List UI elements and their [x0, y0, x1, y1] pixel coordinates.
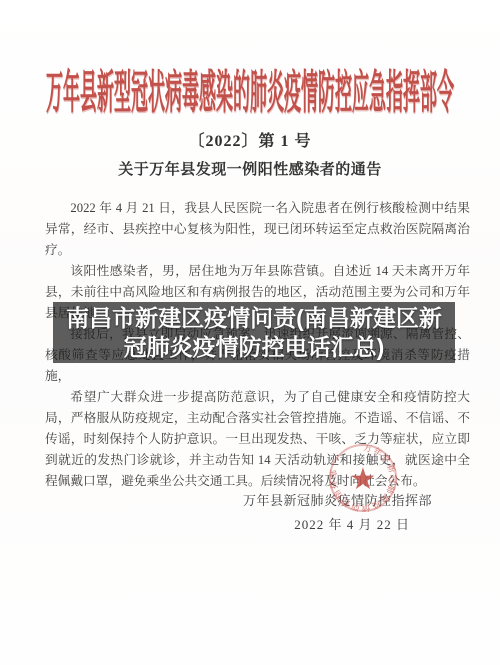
doc-header: 万年县新型冠状病毒感染的肺炎疫情防控应急指挥部令: [0, 54, 500, 79]
overlay-line-2: 冠肺炎疫情防控电话汇总): [124, 333, 385, 362]
notice-title: 关于万年县发现一例阳性感染者的通告: [0, 158, 500, 179]
seal-star-icon: ★: [350, 462, 377, 497]
official-seal-icon: 万年县新冠肺炎疫情防控指挥部 ★: [303, 418, 423, 538]
article-image: 万年县新型冠状病毒感染的肺炎疫情防控应急指挥部令 〔2022〕第 1 号 关于万…: [0, 0, 500, 665]
paragraph-1: 2022 年 4 月 21 日，我县人民医院一名入院患者在例行核酸检测中结果异常…: [45, 198, 470, 261]
headline-overlay: 南昌市新建区疫情问责(南昌新建区新 冠肺炎疫情防控电话汇总): [53, 302, 455, 363]
doc-number: 〔2022〕第 1 号: [0, 128, 500, 151]
overlay-line-1: 南昌市新建区疫情问责(南昌新建区新: [66, 304, 442, 333]
doc-header-title: 万年县新型冠状病毒感染的肺炎疫情防控应急指挥部令: [46, 54, 454, 122]
